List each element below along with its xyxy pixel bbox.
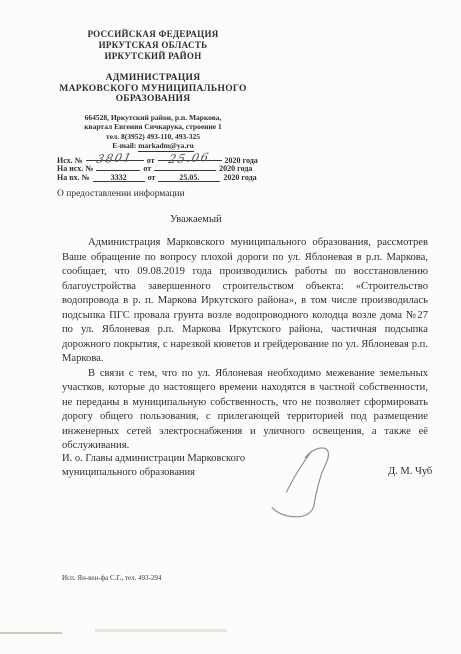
- scan-edge-artifact: [95, 629, 227, 632]
- org-name-line-1: АДМИНИСТРАЦИЯ: [15, 73, 291, 84]
- email-line: E-mail: markadm@ya.ru: [15, 141, 291, 151]
- subject-line: О предоставлении информации: [57, 189, 185, 199]
- incoming-year-label: 2020 года: [223, 173, 256, 182]
- org-name-line-2: МАРКОВСКОГО МУНИЦИПАЛЬНОГО: [15, 84, 291, 95]
- country-line: РОССИЙСКАЯ ФЕДЕРАЦИЯ: [15, 29, 291, 40]
- contact-block: 664528, Иркутский район, р.п. Маркова, к…: [15, 113, 291, 151]
- incoming-number-line: На вх. № 3332 от 25.05. 2020 года: [57, 173, 258, 183]
- org-name-line-3: ОБРАЗОВАНИЯ: [15, 94, 291, 105]
- incoming-number-field: 3332: [93, 173, 145, 182]
- region-line: ИРКУТСКАЯ ОБЛАСТЬ: [15, 40, 291, 51]
- incoming-number: 3332: [111, 173, 127, 182]
- handwritten-outgoing-date: 25.06: [168, 150, 212, 166]
- salutation: Уважаемый: [170, 214, 222, 225]
- organization-name: АДМИНИСТРАЦИЯ МАРКОВСКОГО МУНИЦИПАЛЬНОГО…: [15, 73, 291, 105]
- incoming-from-label: от: [148, 173, 156, 182]
- handwritten-outgoing-number: 3801: [95, 150, 133, 166]
- signer-position-line-1: И. о. Главы администрации Марковского: [62, 452, 428, 466]
- postal-address-line-1: 664528, Иркутский район, р.п. Маркова,: [15, 113, 291, 123]
- signer-position-line-2: муниципального образования: [62, 466, 428, 480]
- email-address: markadm@ya.ru: [138, 141, 194, 152]
- scan-edge-artifact: [0, 632, 62, 634]
- outgoing-number-line: Исх. № 3801 от 25.06 2020 года: [57, 152, 258, 162]
- signer-name: Д. М. Чуб: [388, 466, 432, 477]
- letterhead-top-lines: РОССИЙСКАЯ ФЕДЕРАЦИЯ ИРКУТСКАЯ ОБЛАСТЬ И…: [15, 29, 291, 62]
- district-line: ИРКУТСКИЙ РАЙОН: [15, 51, 291, 62]
- email-label: E-mail:: [112, 141, 136, 150]
- outgoing-date-field: 25.06: [158, 152, 222, 161]
- body-paragraph-1: Администрация Марковского муниципального…: [62, 236, 428, 367]
- body-paragraph-2: В связи с тем, что по ул. Яблоневая необ…: [62, 367, 428, 454]
- reply-outgoing-line: На исх. № от 2020 года: [57, 162, 258, 172]
- scanned-letter-page: РОССИЙСКАЯ ФЕДЕРАЦИЯ ИРКУТСКАЯ ОБЛАСТЬ И…: [0, 0, 461, 654]
- signer-position: И. о. Главы администрации Марковского му…: [62, 452, 428, 480]
- outgoing-number-field: 3801: [86, 152, 144, 161]
- letter-body: Администрация Марковского муниципального…: [62, 236, 428, 454]
- incoming-date: 25.05.: [179, 173, 199, 182]
- letterhead: РОССИЙСКАЯ ФЕДЕРАЦИЯ ИРКУТСКАЯ ОБЛАСТЬ И…: [15, 29, 291, 151]
- incoming-date-field: 25.05.: [158, 173, 220, 182]
- reference-number-block: Исх. № 3801 от 25.06 2020 года На исх. №…: [57, 152, 258, 183]
- executor-line: Исп. Ян-вен-фа С.Г., тел. 493-294: [62, 574, 161, 582]
- incoming-label: На вх. №: [57, 173, 90, 182]
- postal-address-line-2: квартал Евгения Сичкарука, строение 1: [15, 122, 291, 132]
- phone-line: тел. 8(3952) 493-110, 493-325: [15, 132, 291, 142]
- handwritten-signature: [270, 444, 358, 522]
